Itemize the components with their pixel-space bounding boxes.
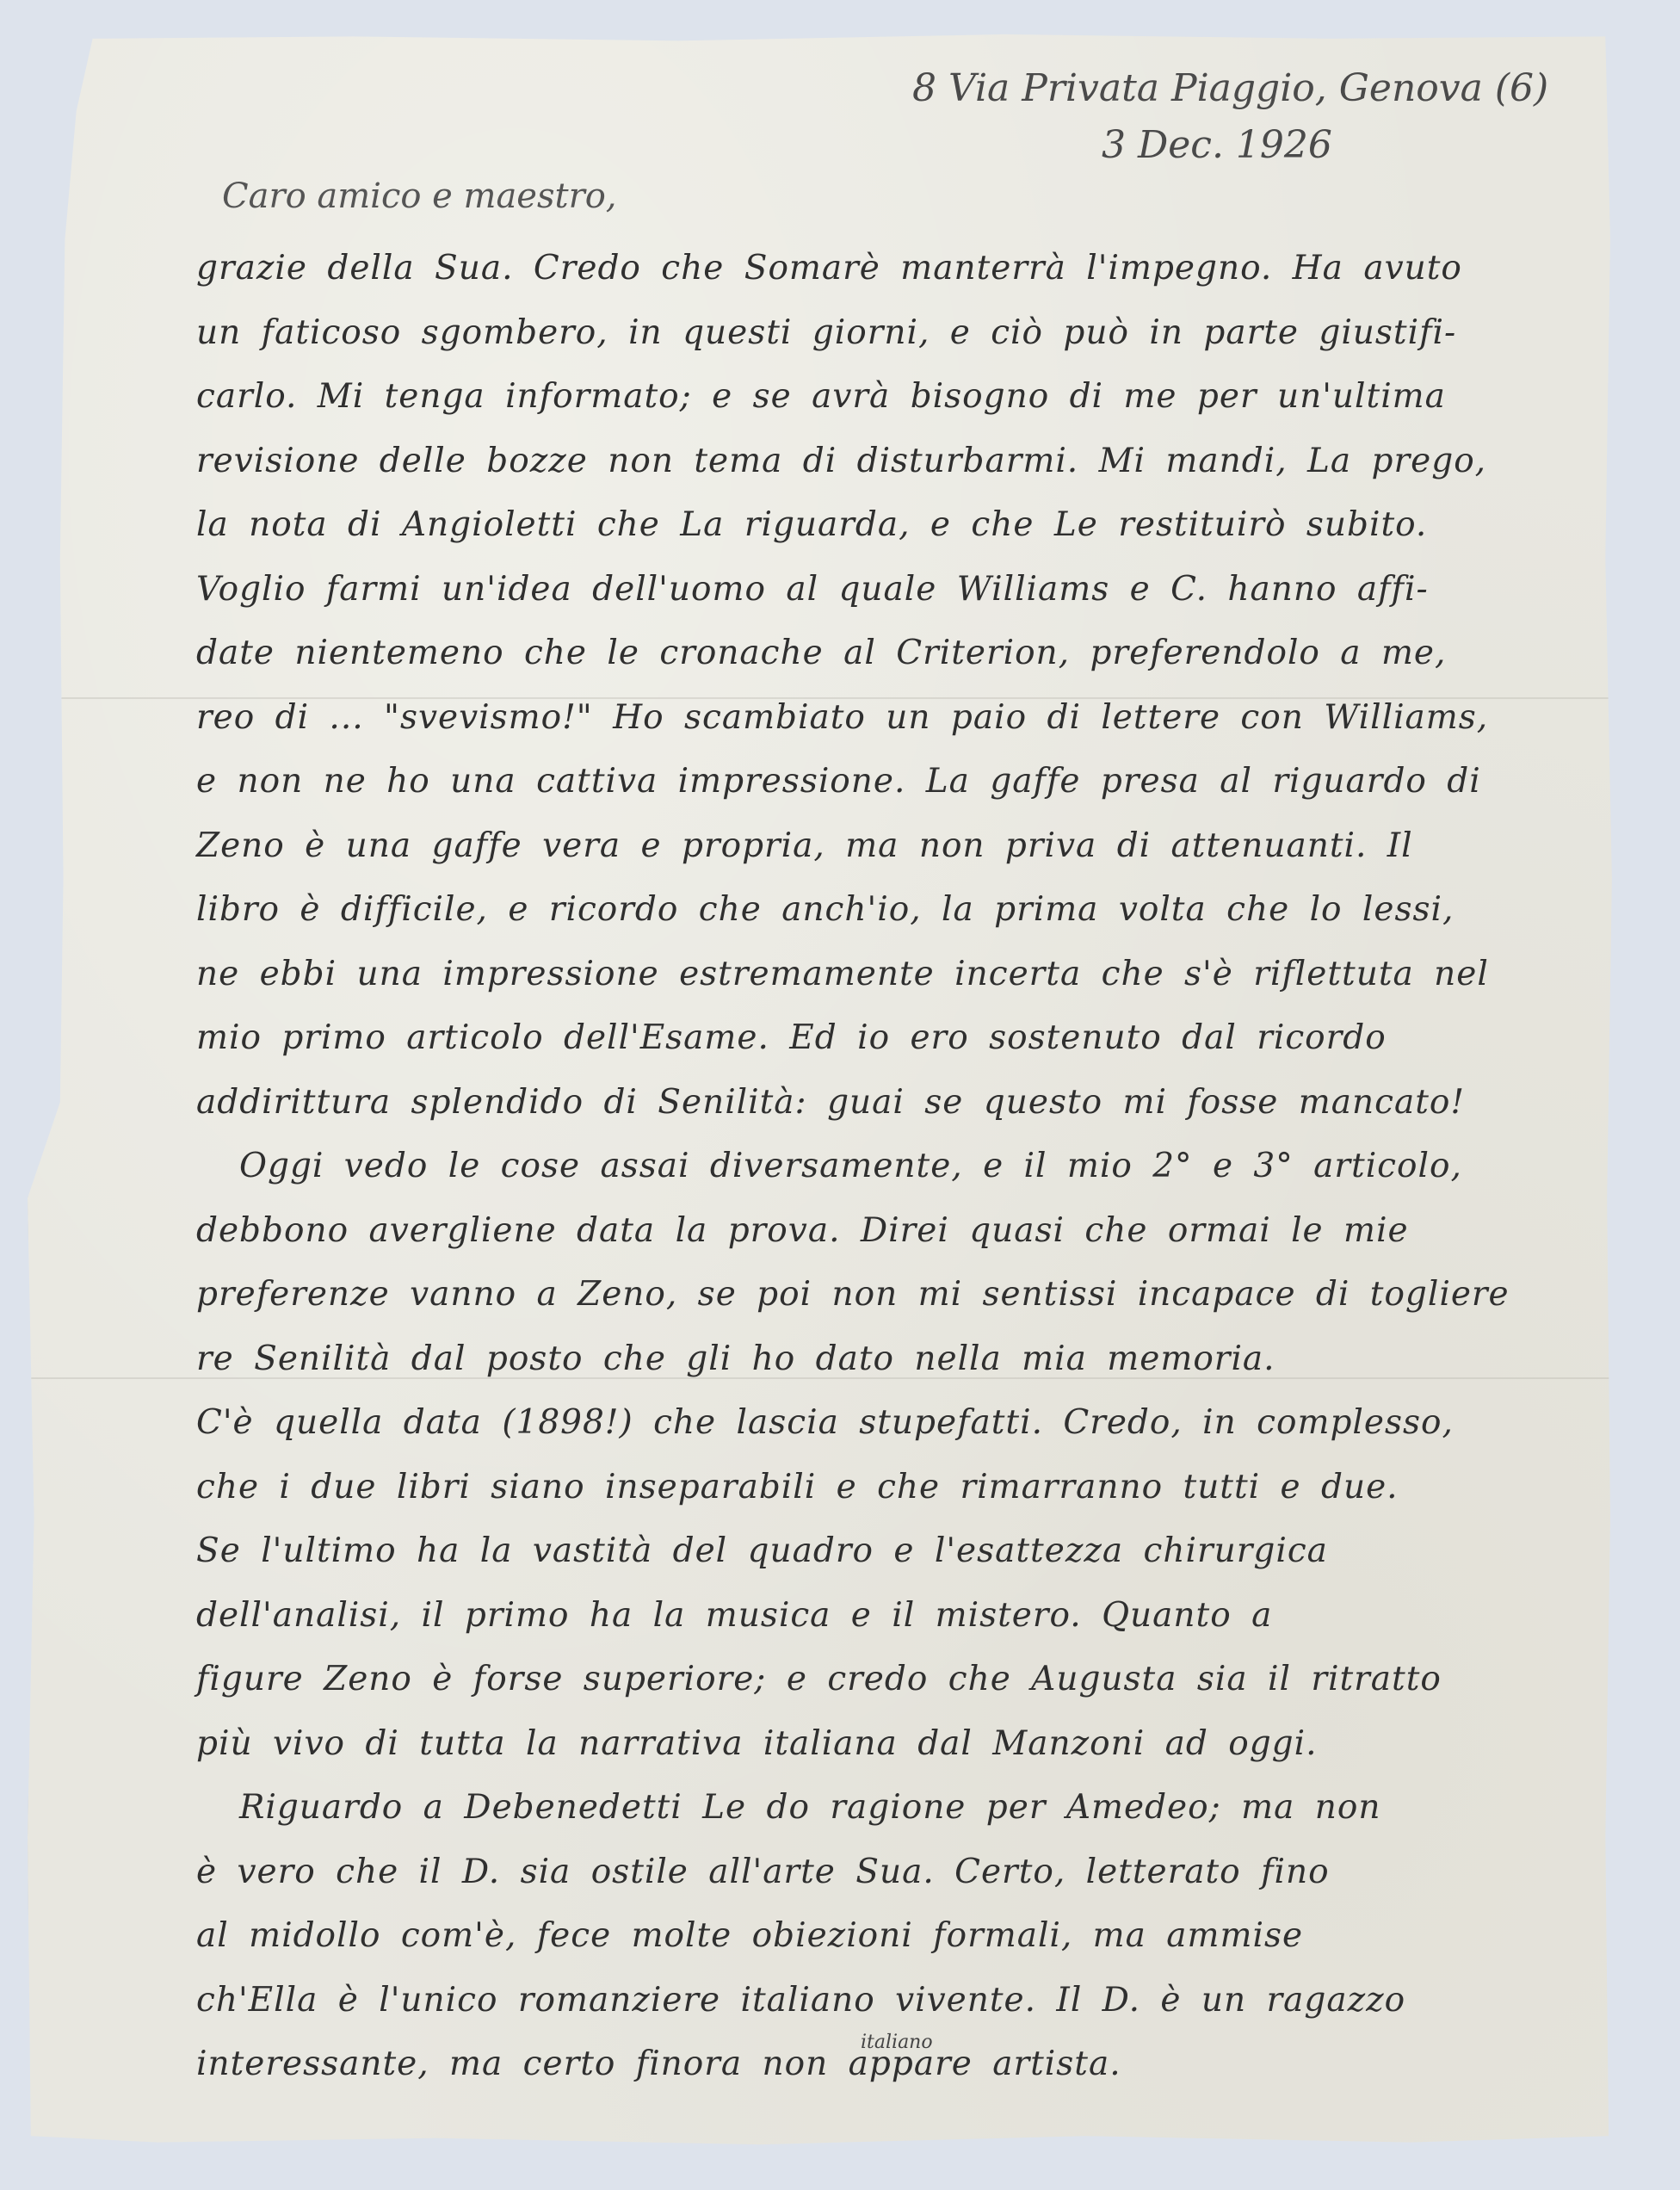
letter-line: un faticoso sgombero, in questi giorni, … (196, 301, 1616, 366)
letter-header: 8 Via Privata Piaggio, Genova (6) 3 Dec.… (912, 60, 1601, 174)
letter-line: mio primo articolo dell'Esame. Ed io ero… (196, 1006, 1616, 1071)
letter-line: reo di ... "svevismo!" Ho scambiato un p… (196, 686, 1616, 751)
letter-line: ch'Ella è l'unico romanziere italiano vi… (196, 1969, 1616, 2033)
letter-line: libro è difficile, e ricordo che anch'io… (196, 878, 1616, 943)
letter-line: ne ebbi una impressione estremamente inc… (196, 943, 1616, 1007)
letter-date: 3 Dec. 1926 (912, 117, 1601, 174)
letter-line: debbono avergliene data la prova. Direi … (196, 1199, 1616, 1264)
letter-line: che i due libri siano inseparabili e che… (196, 1456, 1616, 1520)
letter-line: Se l'ultimo ha la vastità del quadro e l… (196, 1519, 1616, 1584)
letter-line: più vivo di tutta la narrativa italiana … (196, 1712, 1616, 1777)
letter-line: Oggi vedo le cose assai diversamente, e … (196, 1135, 1616, 1199)
letter-line: re Senilità dal posto che gli ho dato ne… (196, 1327, 1616, 1392)
letter-body: grazie della Sua. Credo che Somarè mante… (196, 237, 1616, 2097)
salutation: Caro amico e maestro, (222, 176, 617, 216)
letter-line: dell'analisi, il primo ha la musica e il… (196, 1584, 1616, 1649)
letter-line: figure Zeno è forse superiore; e credo c… (196, 1648, 1616, 1712)
letter-line: la nota di Angioletti che La riguarda, e… (196, 493, 1616, 558)
letter-line: è vero che il D. sia ostile all'arte Sua… (196, 1840, 1616, 1905)
interlinear-insertion: italiano (861, 2032, 933, 2053)
letter-line: preferenze vanno a Zeno, se poi non mi s… (196, 1263, 1616, 1327)
letter-line: grazie della Sua. Credo che Somarè mante… (196, 237, 1616, 301)
letter-line: Zeno è una gaffe vera e propria, ma non … (196, 814, 1616, 879)
letter-line: C'è quella data (1898!) che lascia stupe… (196, 1391, 1616, 1456)
letter-line: carlo. Mi tenga informato; e se avrà bis… (196, 365, 1616, 430)
letter-line: al midollo com'è, fece molte obiezioni f… (196, 1904, 1616, 1969)
letter-line: Voglio farmi un'idea dell'uomo al quale … (196, 558, 1616, 622)
letter-line: e non ne ho una cattiva impressione. La … (196, 750, 1616, 814)
letter-line: addirittura splendido di Senilità: guai … (196, 1071, 1616, 1135)
sender-address: 8 Via Privata Piaggio, Genova (6) (912, 60, 1601, 117)
letter-line: date nientemeno che le cronache al Crite… (196, 622, 1616, 686)
letter-line: Riguardo a Debenedetti Le do ragione per… (196, 1776, 1616, 1840)
letter-line: revisione delle bozze non tema di distur… (196, 430, 1616, 494)
